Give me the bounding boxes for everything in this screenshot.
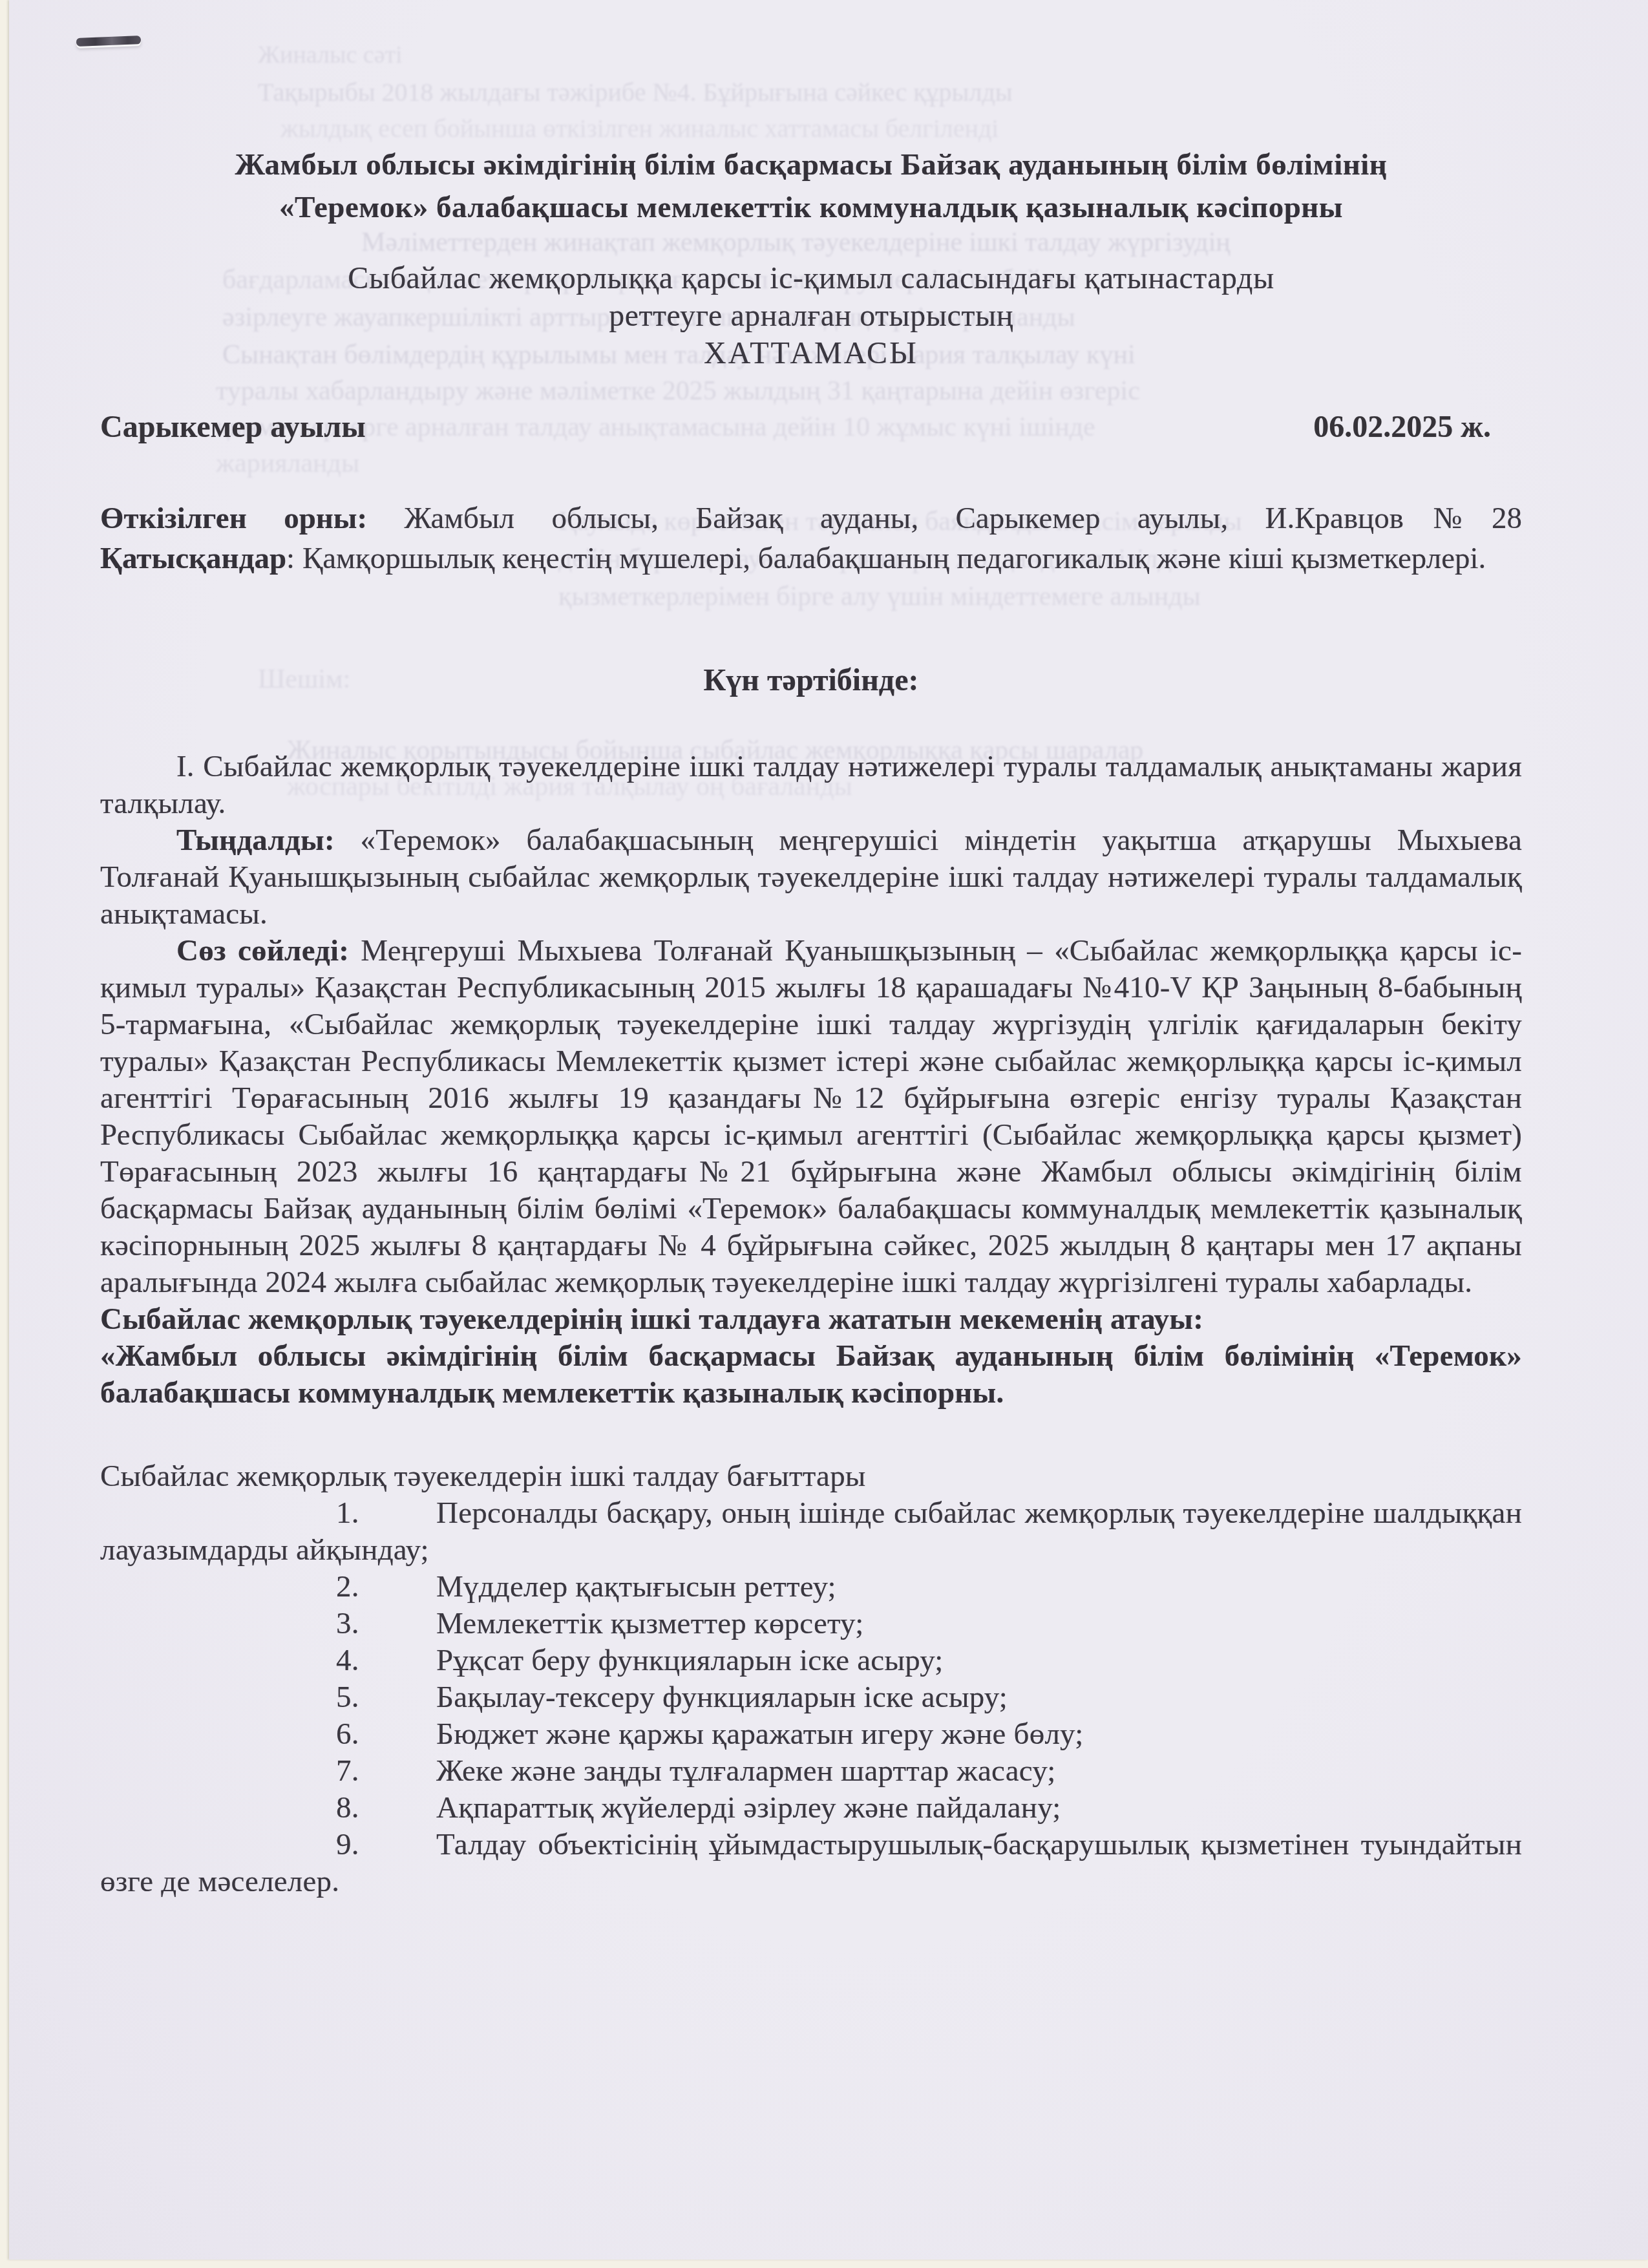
venue-line: Өткізілген орны: Жамбыл облысы, Байзақ а… [100, 498, 1522, 538]
document-date: 06.02.2025 ж. [1313, 408, 1522, 446]
participants-value: : Қамқоршылық кеңестің мүшелері, балабақ… [286, 542, 1486, 575]
list-item: 6.Бюджет және қаржы қаражатын игеру және… [100, 1716, 1522, 1753]
list-item: 5.Бақылау-тексеру функцияларын іске асыр… [100, 1679, 1522, 1716]
document-header: Жамбыл облысы әкімдігінің білім басқарма… [100, 143, 1522, 229]
directions-heading: Сыбайлас жемқорлық тәуекелдерін ішкі тал… [100, 1458, 1522, 1495]
participants-line: Қатысқандар: Қамқоршылық кеңестің мүшеле… [100, 538, 1522, 578]
bleedthrough-text: туралы хабарландыру және мәліметке 2025 … [216, 376, 1140, 406]
spoke-label: Сөз сөйледі: [176, 934, 349, 968]
list-item-text: Рұқсат беру функцияларын іске асыру; [436, 1644, 944, 1677]
list-item-text: Мүдделер қақтығысын реттеу; [436, 1570, 836, 1604]
org-intro-line: Сыбайлас жемқорлық тәуекелдерінің ішкі т… [100, 1301, 1522, 1338]
venue-label: Өткізілген орны: [100, 502, 367, 535]
heard-paragraph: Тыңдалды: «Теремок» балабақшасының меңге… [100, 822, 1522, 933]
agenda-item-1: I. Сыбайлас жемқорлық тәуекелдеріне ішкі… [100, 748, 1522, 822]
place-name: Сарыкемер ауылы [100, 408, 366, 446]
agenda-heading: Күн тәртібінде: [100, 662, 1522, 699]
list-item-number: 2. [336, 1569, 436, 1606]
list-item-number: 9. [336, 1827, 436, 1863]
list-item-number: 1. [336, 1495, 436, 1532]
bleedthrough-text: Тақырыбы 2018 жылдағы тәжірибе №4. Бұйры… [258, 78, 1013, 107]
subtitle-line-1: Сыбайлас жемқорлыққа қарсы іс-қимыл сала… [100, 260, 1522, 297]
paper-sheet: Жиналыс сәті Тақырыбы 2018 жылдағы тәжір… [9, 0, 1648, 2260]
org-name-paragraph: «Жамбыл облысы әкімдігінің білім басқарм… [100, 1338, 1522, 1412]
org-title-line-1: Жамбыл облысы әкімдігінің білім басқарма… [100, 143, 1522, 186]
list-item: 4.Рұқсат беру функцияларын іске асыру; [100, 1642, 1522, 1679]
staple-mark [76, 36, 141, 47]
meta-block: Өткізілген орны: Жамбыл облысы, Байзақ а… [100, 498, 1522, 578]
spoke-text: Меңгеруші Мыхыева Толғанай Қуанышқызының… [100, 934, 1522, 1299]
list-item-text: Персоналды басқару, оның ішінде сыбайлас… [100, 1496, 1522, 1567]
list-item-text: Ақпараттық жүйелерді әзірлеу және пайдал… [436, 1791, 1061, 1825]
list-item-text: Мемлекеттік қызметтер көрсету; [436, 1607, 863, 1640]
venue-value: Жамбыл облысы, Байзақ ауданы, Сарыкемер … [367, 502, 1522, 535]
list-item: 8.Ақпараттық жүйелерді әзірлеу және пайд… [100, 1790, 1522, 1827]
document-type: ХАТТАМАСЫ [100, 335, 1522, 372]
place-date-row: Сарыкемер ауылы 06.02.2025 ж. [100, 408, 1522, 446]
list-item-number: 8. [336, 1790, 436, 1827]
list-item-number: 4. [336, 1642, 436, 1679]
scanned-document: Жиналыс сәті Тақырыбы 2018 жылдағы тәжір… [0, 0, 1648, 2268]
participants-label: Қатысқандар [100, 542, 286, 575]
bleedthrough-text: Жиналыс сәті [258, 40, 403, 70]
list-item-number: 5. [336, 1679, 436, 1716]
org-title-line-2: «Теремок» балабақшасы мемлекеттік коммун… [100, 186, 1522, 229]
subtitle-line-2: реттеуге арналған отырыстың [100, 297, 1522, 335]
bleedthrough-text: жылдық есеп бойынша өткізілген жиналыс х… [280, 114, 998, 143]
list-item: 1.Персоналды басқару, оның ішінде сыбайл… [100, 1495, 1522, 1569]
heard-label: Тыңдалды: [176, 823, 335, 857]
bleedthrough-text: Мәліметтерден жинақтап жемқорлық тәуекел… [361, 228, 1231, 257]
list-item-text: Бақылау-тексеру функцияларын іске асыру; [436, 1680, 1008, 1714]
main-body: I. Сыбайлас жемқорлық тәуекелдеріне ішкі… [100, 748, 1522, 1900]
directions-list: 1.Персоналды басқару, оның ішінде сыбайл… [100, 1495, 1522, 1900]
bleedthrough-text: қызметкерлерімен бірге алу үшін міндетте… [558, 582, 1201, 611]
list-item-text: Бюджет және қаржы қаражатын игеру және б… [436, 1717, 1083, 1751]
list-item-text: Жеке және заңды тұлғалармен шарттар жаса… [436, 1754, 1056, 1788]
spoke-paragraph: Сөз сөйледі: Меңгеруші Мыхыева Толғанай … [100, 933, 1522, 1301]
list-item-number: 6. [336, 1716, 436, 1753]
list-item-text: Талдау объектісінің ұйымдастырушылық-бас… [100, 1828, 1522, 1898]
list-item: 2.Мүдделер қақтығысын реттеу; [100, 1569, 1522, 1606]
list-item: 7.Жеке және заңды тұлғалармен шарттар жа… [100, 1753, 1522, 1790]
document-subtitle: Сыбайлас жемқорлыққа қарсы іс-қимыл сала… [100, 260, 1522, 372]
list-item: 3.Мемлекеттік қызметтер көрсету; [100, 1606, 1522, 1642]
list-item-number: 3. [336, 1606, 436, 1642]
list-item: 9.Талдау объектісінің ұйымдастырушылық-б… [100, 1827, 1522, 1900]
bleedthrough-text: жарияланды [216, 449, 359, 478]
list-item-number: 7. [336, 1753, 436, 1790]
